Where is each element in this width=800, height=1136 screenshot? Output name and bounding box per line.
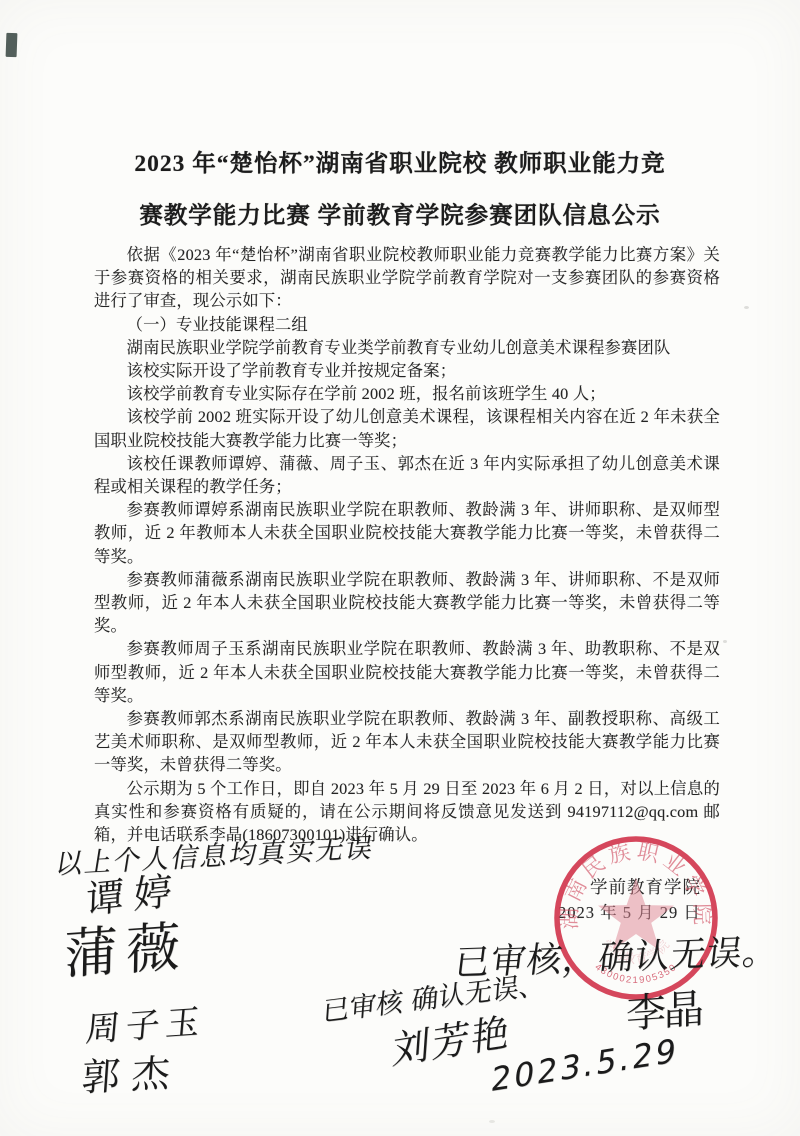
scanned-notice-page: 2023 年“楚怡杯”湖南省职业院校 教师职业能力竞 赛教学能力比赛 学前教育学… xyxy=(0,0,800,1136)
title-line-2: 赛教学能力比赛 学前教育学院参赛团队信息公示 xyxy=(55,190,745,242)
paragraph-teacher-zhouziyu: 参赛教师周子玉系湖南民族职业学院在职教师、教龄满 3 年、助教职称、不是双师型教… xyxy=(94,637,720,707)
paragraph-item-3: 该校学前 2002 班实际开设了幼儿创意美术课程，该课程相关内容在近 2 年未获… xyxy=(94,405,720,451)
page-title: 2023 年“楚怡杯”湖南省职业院校 教师职业能力竞 赛教学能力比赛 学前教育学… xyxy=(55,138,745,242)
paragraph-teacher-puwei: 参赛教师蒲薇系湖南民族职业学院在职教师、教龄满 3 年、讲师职称、不是双师型教师… xyxy=(94,568,720,638)
scan-speck xyxy=(489,1120,495,1123)
paragraph-group-heading: （一）专业技能课程二组 xyxy=(94,313,720,336)
paragraph-intro: 依据《2023 年“楚怡杯”湖南省职业院校教师职业能力竞赛教学能力比赛方案》关于… xyxy=(94,243,720,313)
signature-puwei: 蒲薇 xyxy=(63,904,188,990)
paragraph-teacher-tanting: 参赛教师谭婷系湖南民族职业学院在职教师、教龄满 3 年、讲师职称、是双师型教师，… xyxy=(94,498,720,568)
signature-guojie: 郭杰 xyxy=(80,1041,184,1102)
paragraph-item-2: 该校学前教育专业实际存在学前 2002 班，报名前该班学生 40 人； xyxy=(94,382,720,405)
scan-artifact-mark xyxy=(6,33,18,57)
notice-body: 依据《2023 年“楚怡杯”湖南省职业院校教师职业能力竞赛教学能力比赛方案》关于… xyxy=(94,243,720,846)
paragraph-team: 湖南民族职业学院学前教育专业类学前教育专业幼儿创意美术课程参赛团队 xyxy=(94,336,720,359)
scan-speck xyxy=(744,306,749,309)
paragraph-item-4: 该校任课教师谭婷、蒲薇、周子玉、郭杰在近 3 年内实际承担了幼儿创意美术课程或相… xyxy=(94,452,720,498)
title-line-1: 2023 年“楚怡杯”湖南省职业院校 教师职业能力竞 xyxy=(55,138,745,190)
paragraph-item-1: 该校实际开设了学前教育专业并按规定备案； xyxy=(94,359,720,382)
scan-speck xyxy=(723,640,727,643)
signature-lijing: 李晶 xyxy=(626,977,702,1039)
handwritten-review-date: 2023.5.29 xyxy=(489,1031,681,1100)
paragraph-teacher-guojie: 参赛教师郭杰系湖南民族职业学院在职教师、教龄满 3 年、副教授职称、高级工艺美术… xyxy=(94,707,720,777)
